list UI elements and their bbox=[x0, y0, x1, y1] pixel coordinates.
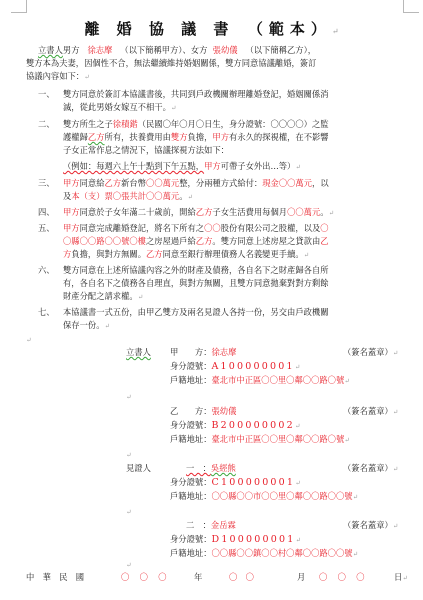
clause-6-line-2: 有，各自名下之債務各自理直，與對方無關，且雙方同意拋棄對對方剩餘 bbox=[63, 277, 329, 290]
date-month-label: 月 bbox=[297, 571, 319, 583]
party-b-sign-note: （簽名蓋章）↵ bbox=[343, 405, 398, 419]
clause-7-number: 七、 bbox=[38, 306, 55, 319]
party-b-address: 戶籍地址：臺北市中正區〇〇里〇鄰〇〇路〇號↵ bbox=[170, 433, 350, 447]
party-a-id: 身分證號：A100000001↵ bbox=[170, 360, 300, 374]
clause-3-number: 三、 bbox=[38, 177, 55, 190]
party-a-row: 甲 方：徐志摩 bbox=[170, 346, 236, 359]
clause-2-number: 二、 bbox=[38, 118, 55, 131]
witness-2-row: 二 ：金岳霖 bbox=[186, 519, 236, 532]
clause-2-line-1: 雙方所生之子徐積鍇（民國〇年〇月〇日生，身分證號：〇〇〇〇）之監 bbox=[63, 118, 329, 131]
clause-2-line-3: 子女正常作息之情況下，協議探視方法如下： bbox=[63, 144, 229, 157]
clause-6-number: 六、 bbox=[38, 264, 55, 277]
clause-6-line-1: 雙方同意在上述所協議內容之外的財產及債務，各自名下之財產歸各自所 bbox=[63, 264, 329, 277]
witness-2-sign-note: （簽名蓋章）↵ bbox=[343, 519, 398, 533]
clause-1-line-2: 滅，從此男婚女嫁互不相干。↵ bbox=[63, 101, 176, 115]
male-name: 徐志摩 bbox=[87, 45, 112, 55]
witness-2-address: 戶籍地址：〇〇縣〇〇鎮〇〇村〇鄰〇〇路〇〇號↵ bbox=[170, 547, 358, 561]
witness-1-sign-note: （簽名蓋章）↵ bbox=[343, 462, 398, 476]
clause-4-line-1: 甲方同意於子女年滿二十歲前，開給乙方子女生活費用每個月〇〇萬元。↵ bbox=[63, 206, 334, 220]
date-day-label: 日 bbox=[394, 571, 402, 583]
female-name: 張幼儀 bbox=[213, 45, 238, 55]
intro-line-2: 雙方本為夫妻，因個性不合，無法繼續維持婚姻關係，雙方同意協議離婚，簽訂 bbox=[26, 57, 316, 70]
crop-mark-top-left bbox=[11, 0, 27, 13]
witness-1-row: 一 ：吳經熊 bbox=[186, 462, 236, 475]
empty-paragraph: ↵ bbox=[126, 448, 131, 462]
empty-paragraph: ↵ bbox=[126, 505, 131, 519]
clause-7-line-2: 保存一份。↵ bbox=[63, 319, 110, 333]
clause-3-line-1: 甲方同意給乙方新台幣〇〇萬元整，分兩種方式給付：現金〇〇萬元，以 bbox=[63, 177, 329, 190]
empty-paragraph: ↵ bbox=[126, 390, 131, 404]
party-a-address: 戶籍地址：臺北市中正區〇〇里〇鄰〇〇路〇號↵ bbox=[170, 374, 350, 388]
date-roc-label: 中 華 民 國 bbox=[26, 571, 121, 583]
intro-line-1: 立書人男方 徐志摩 （以下簡稱甲方）、女方 張幼儀 （以下簡稱乙方）， bbox=[38, 44, 316, 57]
signatory-label: 立書人 bbox=[126, 346, 151, 359]
party-b-id: 身分證號：B200000002↵ bbox=[170, 419, 300, 433]
date-day: 〇 〇 〇 bbox=[319, 571, 394, 583]
clause-4-number: 四、 bbox=[38, 206, 55, 219]
clause-5-number: 五、 bbox=[38, 222, 55, 235]
document-title: 離 婚 協 議 書 （範本）↵ bbox=[0, 18, 423, 39]
clause-5-line-3: 方負擔，與對方無關。乙方同意至銀行辦理債務人名義變更手續。↵ bbox=[63, 248, 309, 262]
clause-2-line-2: 護權歸乙方所有，扶養費用由雙方負擔，甲方有永久的探視權，在不影響 bbox=[63, 131, 329, 144]
party-b-row: 乙 方：張幼儀 bbox=[170, 405, 236, 418]
witness-1-id: 身分證號：C100000001↵ bbox=[170, 476, 301, 490]
date-year: 〇 〇 〇 bbox=[121, 571, 194, 583]
date-year-label: 年 bbox=[194, 571, 229, 583]
witness-2-id: 身分證號：D100000001↵ bbox=[170, 533, 301, 547]
clause-3-line-2: 及本（支）票〇張共計〇〇萬元。↵ bbox=[63, 190, 193, 204]
witness-1-address: 戶籍地址：〇〇縣〇〇市〇〇里〇鄰〇〇路〇〇號↵ bbox=[170, 490, 358, 504]
clause-6-line-3: 財產分配之請求權。↵ bbox=[63, 290, 143, 304]
child-name: 徐積鍇 bbox=[113, 119, 138, 129]
date-line: 中 華 民 國〇 〇 〇年〇 〇月〇 〇 〇日↵ bbox=[26, 571, 408, 583]
clause-1-number: 一、 bbox=[38, 88, 55, 101]
clause-1-line-1: 雙方同意於簽訂本協議書後，共同到戶政機關辦理離婚登記，婚姻關係消 bbox=[63, 88, 329, 101]
intro-line-3: 協議內容如下：↵ bbox=[26, 70, 90, 84]
paragraph-mark: ↵ bbox=[332, 27, 339, 36]
clause-5-line-2: 〇縣〇〇路〇〇號〇樓之房屋過戶給乙方。雙方同意上述房屋之貸款由乙 bbox=[63, 235, 329, 248]
date-month: 〇 〇 bbox=[229, 571, 297, 583]
document-page: 離 婚 協 議 書 （範本）↵ 立書人男方 徐志摩 （以下簡稱甲方）、女方 張幼… bbox=[0, 0, 423, 600]
party-a-sign-note: （簽名蓋章）↵ bbox=[343, 346, 398, 360]
clause-5-line-1: 甲方同意完成離婚登記，將名下所有之〇〇股份有限公司之股權，以及〇 bbox=[63, 222, 329, 235]
clause-2-example: （例如：每週六上午十點到下午五點，甲方可帶子女外出…等）↵ bbox=[63, 160, 301, 174]
empty-paragraph: ↵ bbox=[26, 333, 31, 347]
witness-label: 見證人 bbox=[126, 462, 151, 475]
crop-mark-top-right bbox=[403, 0, 419, 13]
empty-paragraph: ↵ bbox=[126, 558, 131, 572]
clause-7-line-1: 本協議書一式五份，由甲乙雙方及兩名見證人各持一份，另交由戶政機關 bbox=[63, 306, 329, 319]
